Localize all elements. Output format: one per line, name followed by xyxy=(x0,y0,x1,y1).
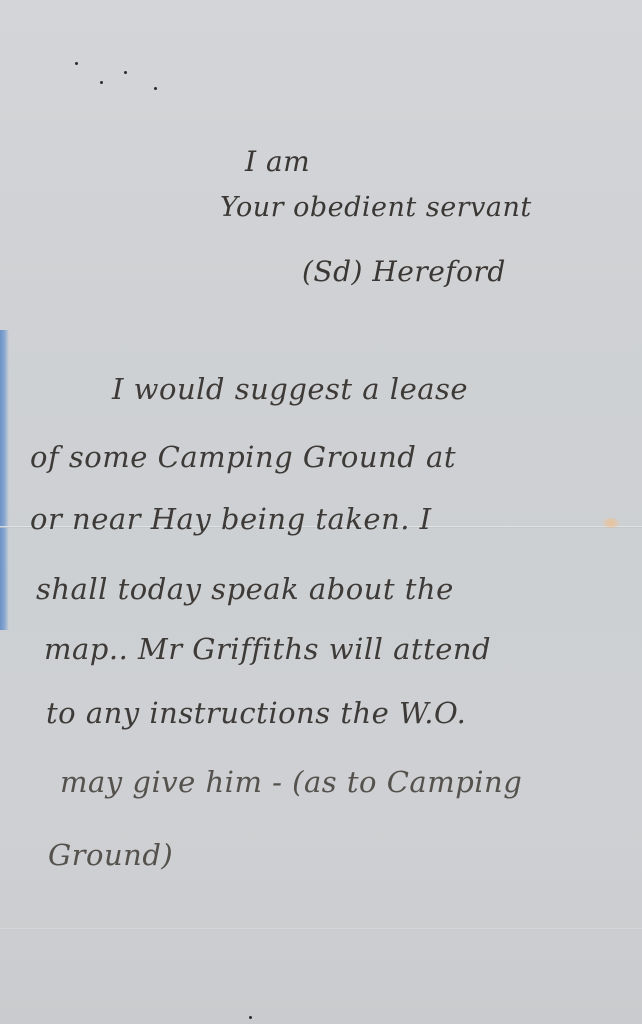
closing-line-obedient-servant: Your obedient servant xyxy=(220,192,532,223)
body-line: may give him - (as to Camping xyxy=(60,765,522,799)
body-line: I would suggest a lease xyxy=(112,372,468,406)
paper-fold-crease-lower xyxy=(0,928,642,930)
pin-hole xyxy=(100,81,103,84)
paper-stain xyxy=(602,518,620,528)
closing-signature: (Sd) Hereford xyxy=(302,255,506,288)
letter-page: I am Your obedient servant (Sd) Hereford… xyxy=(0,0,642,1024)
pin-hole xyxy=(154,87,157,90)
body-line: of some Camping Ground at xyxy=(30,440,456,474)
pin-hole xyxy=(124,71,127,74)
blue-pencil-margin-mark xyxy=(0,330,9,630)
body-line: shall today speak about the xyxy=(36,572,454,606)
pin-hole xyxy=(249,1016,252,1019)
body-line: map.. Mr Griffiths will attend xyxy=(44,632,491,666)
closing-line-i-am: I am xyxy=(245,145,310,178)
body-line: Ground) xyxy=(48,838,173,872)
body-line: or near Hay being taken. I xyxy=(30,502,432,536)
pin-hole xyxy=(75,62,78,65)
body-line: to any instructions the W.O. xyxy=(46,696,466,730)
